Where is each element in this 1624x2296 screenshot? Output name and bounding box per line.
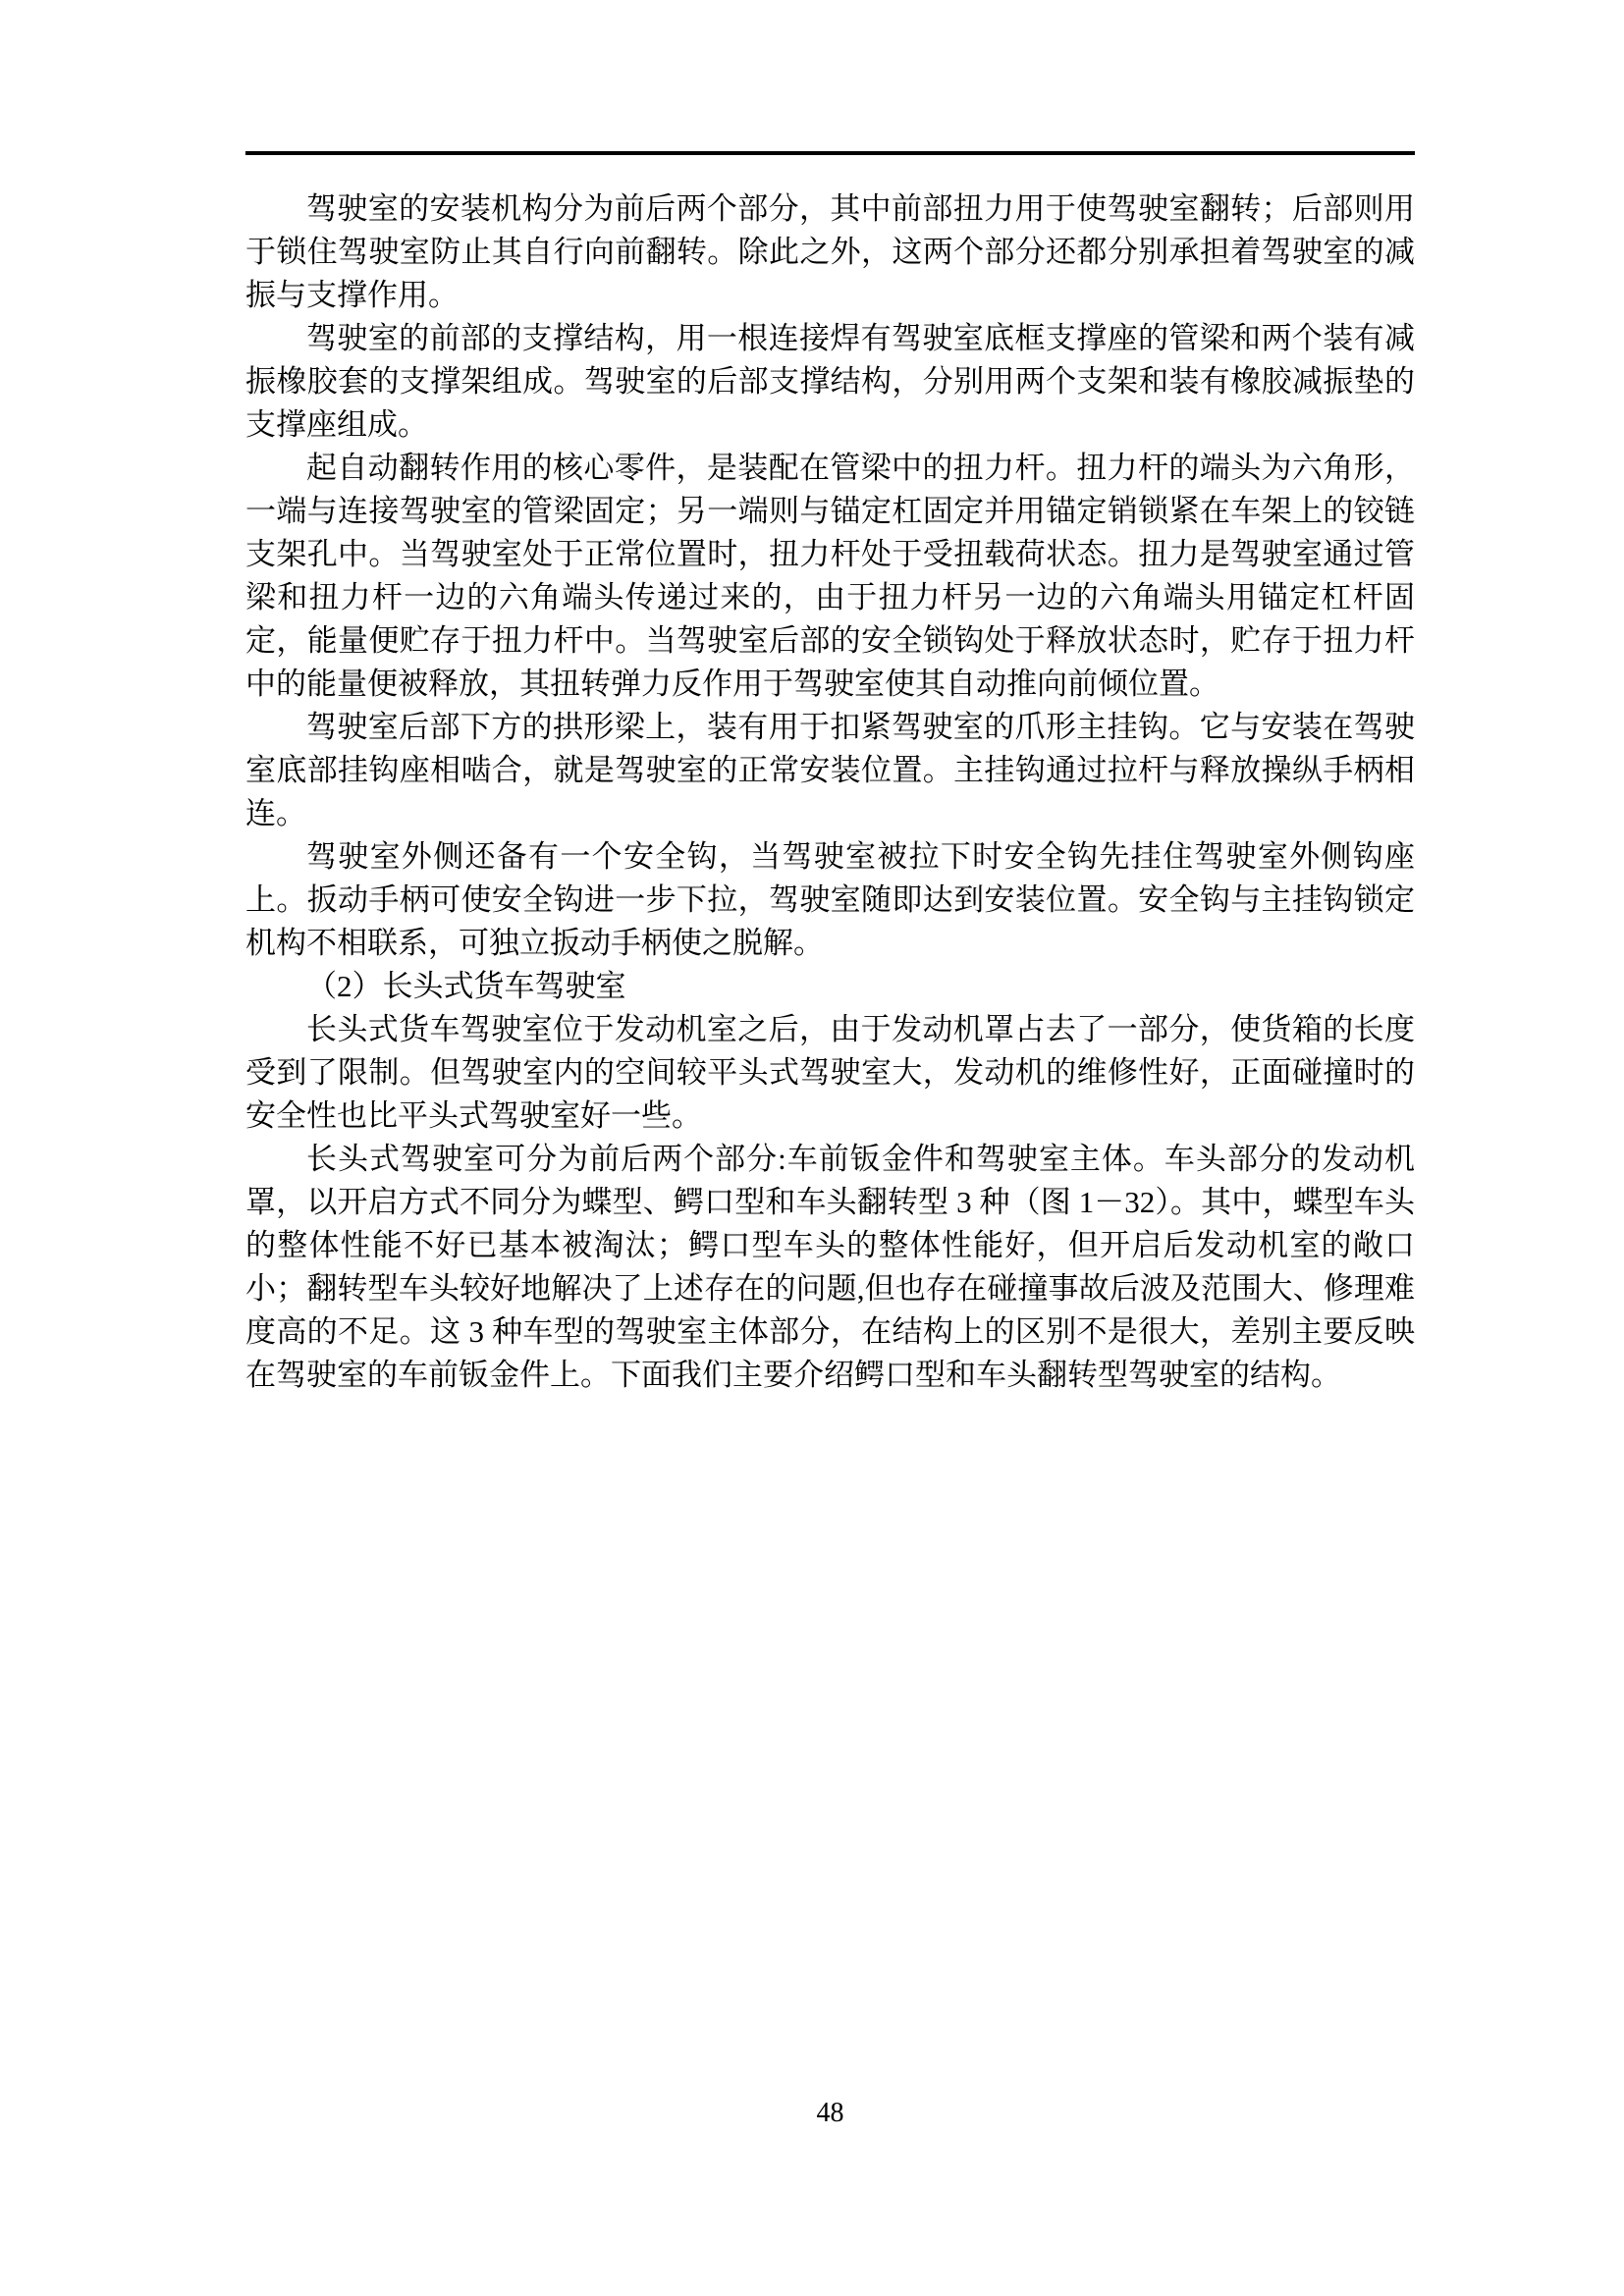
paragraph-safety-hook: 驾驶室外侧还备有一个安全钩，当驾驶室被拉下时安全钩先挂住驾驶室外侧钩座上。扳动手… <box>245 835 1415 965</box>
page-number: 48 <box>245 2099 1415 2128</box>
header-divider <box>245 151 1415 155</box>
paragraph-torsion-bar: 起自动翻转作用的核心零件，是装配在管梁中的扭力杆。扭力杆的端头为六角形，一端与连… <box>245 447 1415 706</box>
heading-long-nose-truck-cab: （2）长头式货车驾驶室 <box>245 965 1415 1008</box>
paragraph-long-nose-cab-position: 长头式货车驾驶室位于发动机室之后，由于发动机罩占去了一部分，使货箱的长度受到了限… <box>245 1008 1415 1138</box>
paragraph-front-rear-support: 驾驶室的前部的支撑结构，用一根连接焊有驾驶室底框支撑座的管梁和两个装有减振橡胶套… <box>245 317 1415 447</box>
paragraph-main-hook: 驾驶室后部下方的拱形梁上，装有用于扣紧驾驶室的爪形主挂钩。它与安装在驾驶室底部挂… <box>245 706 1415 835</box>
paragraph-long-nose-cab-types: 长头式驾驶室可分为前后两个部分:车前钣金件和驾驶室主体。车头部分的发动机罩，以开… <box>245 1138 1415 1397</box>
document-page: 驾驶室的安装机构分为前后两个部分，其中前部扭力用于使驾驶室翻转；后部则用于锁住驾… <box>0 0 1624 2296</box>
paragraph-cab-mounting-overview: 驾驶室的安装机构分为前后两个部分，其中前部扭力用于使驾驶室翻转；后部则用于锁住驾… <box>245 187 1415 317</box>
body-text: 驾驶室的安装机构分为前后两个部分，其中前部扭力用于使驾驶室翻转；后部则用于锁住驾… <box>245 187 1415 1397</box>
